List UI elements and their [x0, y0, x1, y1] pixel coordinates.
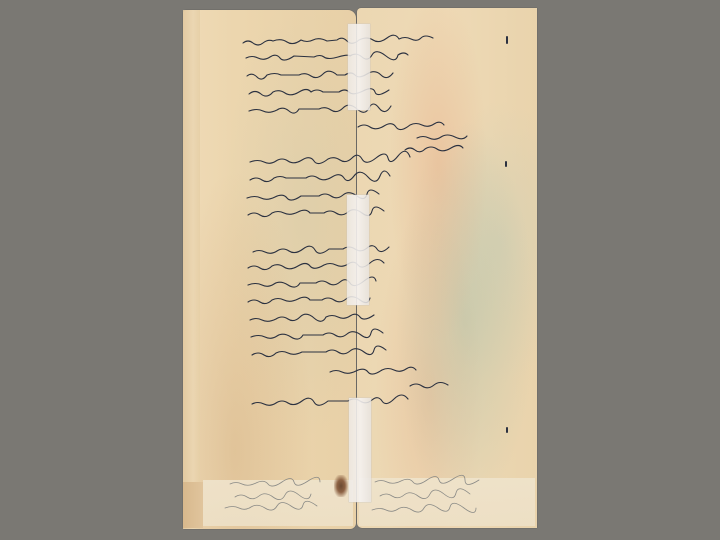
tape-strip-top [348, 24, 370, 110]
right-page [357, 8, 537, 528]
tape-strip-middle [347, 195, 369, 305]
left-page-margin-strip [183, 10, 200, 529]
tape-strip-bottom [349, 398, 371, 502]
ink-stain [334, 475, 348, 497]
left-page [183, 10, 356, 529]
left-page-bottom-patch [203, 480, 353, 526]
left-page-bottom-edge-patch [183, 482, 203, 528]
right-page-bottom-patch [359, 478, 535, 526]
